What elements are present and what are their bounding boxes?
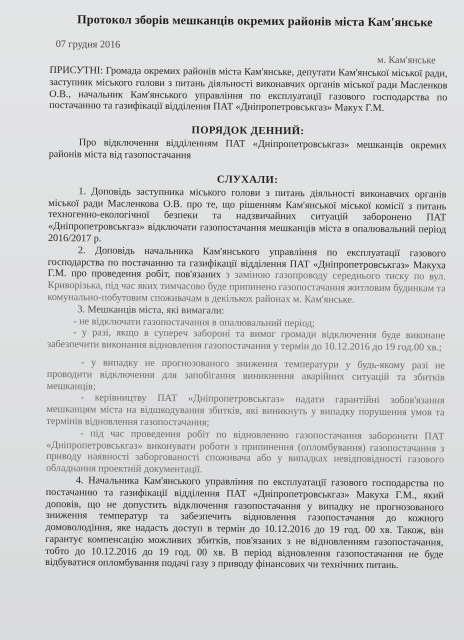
item-1: 1. Доповідь заступника міського голови з… xyxy=(48,186,446,248)
demand-5: - під час проведення робіт по відновленн… xyxy=(46,428,444,479)
item-2: 2. Доповідь начальника Кам'янського упра… xyxy=(47,245,445,307)
photo-background: Протокол зборів мешканців окремих районі… xyxy=(0,0,464,640)
demand-2: - у разі, якщо в суперeч забороні та вим… xyxy=(47,327,445,354)
demand-4: - керівництву ПАТ «Дніпропетровськгаз» н… xyxy=(46,392,444,431)
item-4: 4. Начальника Кам'янського управління по… xyxy=(45,475,444,573)
demand-3: - у випадку не прогнозованого зниження т… xyxy=(47,357,445,396)
document-title: Протокол зборів мешканців окремих районі… xyxy=(50,12,448,30)
present-paragraph: ПРИСУТНІ: Громада окремих районів міста … xyxy=(49,65,447,116)
agenda-text: Про відключення відділенням ПАТ «Дніпроп… xyxy=(49,137,447,164)
document-city: м. Кам'янське xyxy=(50,52,436,66)
document-date: 07 грудня 2016 xyxy=(56,39,448,53)
heard-heading: СЛУХАЛИ: xyxy=(49,173,447,187)
document-sheet: Протокол зборів мешканців окремих районі… xyxy=(45,12,448,573)
agenda-heading: ПОРЯДОК ДЕННИЙ: xyxy=(49,124,447,138)
